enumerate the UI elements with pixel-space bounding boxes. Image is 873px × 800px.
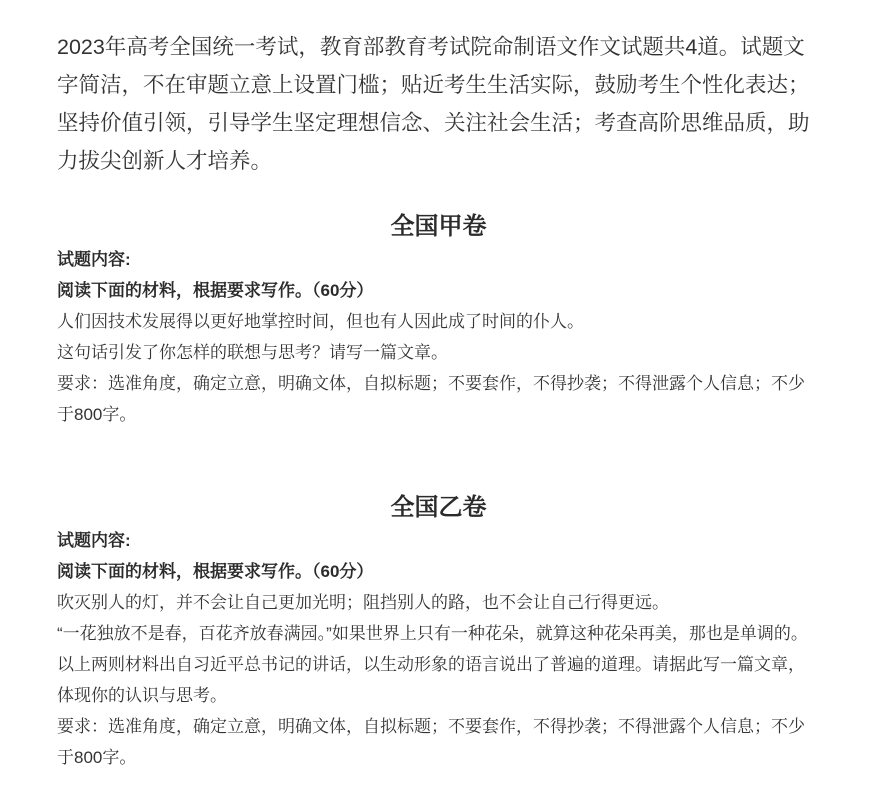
instruction-line: 阅读下面的材料，根据要求写作。（60分） xyxy=(57,556,820,587)
requirements-paragraph: 要求：选准角度，确定立意，明确文体，自拟标题；不要套作，不得抄袭；不得泄露个人信… xyxy=(57,368,820,430)
requirements-paragraph: 要求：选准角度，确定立意，明确文体，自拟标题；不要套作，不得抄袭；不得泄露个人信… xyxy=(57,711,820,773)
material-paragraph: 吹灭别人的灯，并不会让自己更加光明；阻挡别人的路，也不会让自己行得更远。 xyxy=(57,587,820,618)
section-quanguo-jia: 全国甲卷 试题内容: 阅读下面的材料，根据要求写作。（60分） 人们因技术发展得… xyxy=(57,212,820,430)
material-paragraph: 以上两则材料出自习近平总书记的讲话，以生动形象的语言说出了普遍的道理。请据此写一… xyxy=(57,649,820,711)
instruction-line: 阅读下面的材料，根据要求写作。（60分） xyxy=(57,275,820,306)
intro-paragraph: 2023年高考全国统一考试，教育部教育考试院命制语文作文试题共4道。试题文字简洁… xyxy=(57,28,820,180)
section-title-jia: 全国甲卷 xyxy=(57,212,820,242)
section-title-yi: 全国乙卷 xyxy=(57,493,820,523)
material-paragraph: 人们因技术发展得以更好地掌控时间，但也有人因此成了时间的仆人。 xyxy=(57,306,820,337)
section-quanguo-yi: 全国乙卷 试题内容: 阅读下面的材料，根据要求写作。（60分） 吹灭别人的灯，并… xyxy=(57,493,820,773)
material-paragraph: 这句话引发了你怎样的联想与思考？请写一篇文章。 xyxy=(57,337,820,368)
content-label: 试题内容: xyxy=(57,244,820,275)
material-paragraph: “一花独放不是春，百花齐放春满园。”如果世界上只有一种花朵，就算这种花朵再美，那… xyxy=(57,618,820,649)
document: 2023年高考全国统一考试，教育部教育考试院命制语文作文试题共4道。试题文字简洁… xyxy=(0,0,873,773)
content-label: 试题内容: xyxy=(57,525,820,556)
